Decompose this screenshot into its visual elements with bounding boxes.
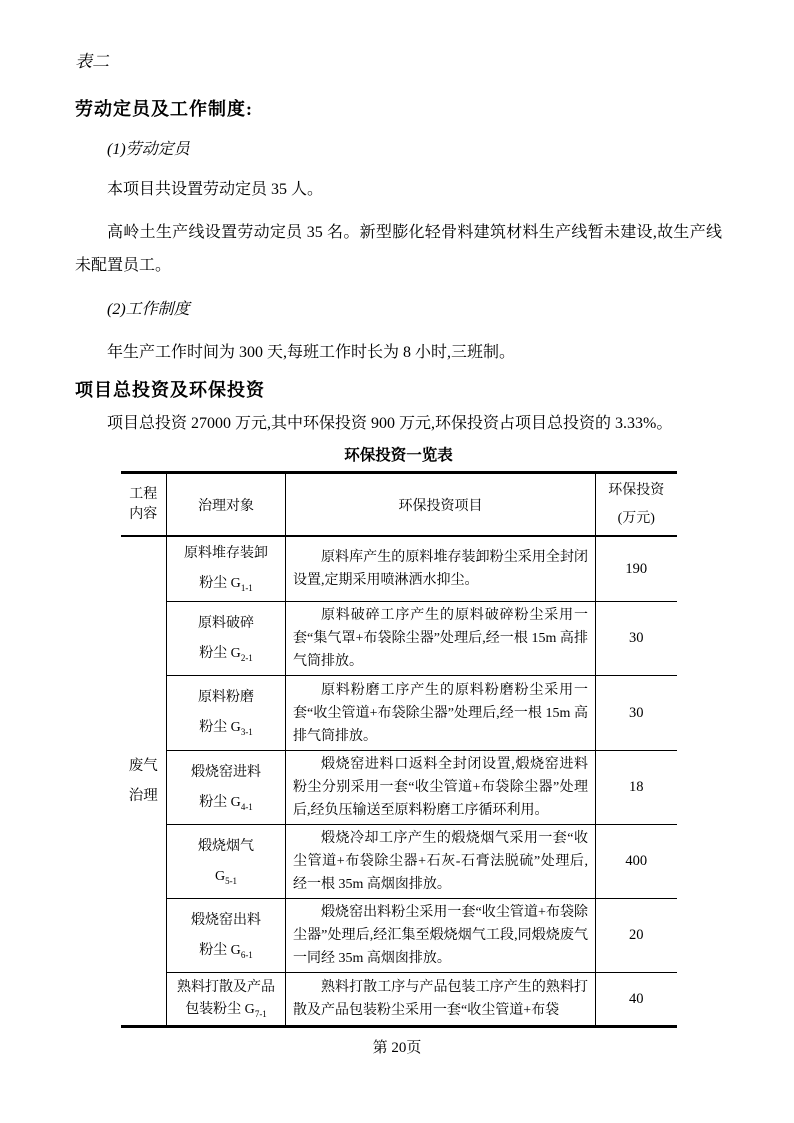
table-row-1: 废气 治理 原料堆存装卸 粉尘 G1-1 原料库产生的原料堆存装卸粉尘采用全封闭… [121,536,677,602]
target-line-2: 粉尘 G [199,576,241,591]
measure-desc: 原料破碎工序产生的原料破碎粉尘采用一套“集气罩+布袋除尘器”处理后,经一根 15… [286,602,595,675]
target-subscript: 2-1 [241,652,253,662]
target-subscript: 1-1 [241,583,253,593]
target-subscript: 6-1 [241,949,253,959]
amount-cell: 40 [596,973,677,1027]
measure-desc: 煅烧窑出料粉尘采用一套“收尘管道+布袋除尘器”处理后,经汇集至煅烧烟气工段,同煅… [286,899,595,972]
table-title: 环保投资一览表 [75,444,722,468]
target-cell: 原料破碎 粉尘 G2-1 [167,602,286,676]
amount-cell: 190 [596,536,677,602]
target-line-1: 熟料打散及产品 [177,980,275,995]
target-cell: 煅烧窑进料 粉尘 G4-1 [167,751,286,825]
target-line-2: 粉尘 G [199,943,241,958]
amount-cell: 18 [596,751,677,825]
target-line-1: 煅烧窑出料 [191,913,261,928]
target-subscript: 4-1 [241,801,253,811]
investment-table: 工程 内容 治理对象 环保投资项目 环保投资 (万元) 废气 治理 原料堆存装卸… [121,471,677,1028]
table-row-5: 煅烧烟气 G5-1 煅烧冷却工序产生的煅烧烟气采用一套“收尘管道+布袋除尘器+石… [121,825,677,899]
measure-cell: 熟料打散工序与产品包装工序产生的熟料打散及产品包装粉尘采用一套“收尘管道+布袋 [286,973,596,1027]
table-row-6: 煅烧窑出料 粉尘 G6-1 煅烧窑出料粉尘采用一套“收尘管道+布袋除尘器”处理后… [121,899,677,973]
table-row-3: 原料粉磨 粉尘 G3-1 原料粉磨工序产生的原料粉磨粉尘采用一套“收尘管道+布袋… [121,676,677,751]
target-cell: 原料粉磨 粉尘 G3-1 [167,676,286,751]
table-row-2: 原料破碎 粉尘 G2-1 原料破碎工序产生的原料破碎粉尘采用一套“集气罩+布袋除… [121,602,677,676]
target-subscript: 3-1 [241,727,253,737]
target-line-1: 煅烧窑进料 [191,765,261,780]
target-line-2: 粉尘 G [199,646,241,661]
item-1-title: (1)劳动定员 [75,133,722,166]
table-header-row: 工程 内容 治理对象 环保投资项目 环保投资 (万元) [121,473,677,537]
para-staffing-detail: 高岭土生产线设置劳动定员 35 名。新型膨化轻骨料建筑材料生产线暂未建设,故生产… [75,216,722,282]
amount-cell: 30 [596,676,677,751]
measure-cell: 煅烧窑出料粉尘采用一套“收尘管道+布袋除尘器”处理后,经汇集至煅烧烟气工段,同煅… [286,899,596,973]
measure-cell: 原料库产生的原料堆存装卸粉尘采用全封闭设置,定期采用喷淋洒水抑尘。 [286,536,596,602]
col-header-investment-project: 环保投资项目 [286,473,596,537]
para-work-schedule: 年生产工作时间为 300 天,每班工作时长为 8 小时,三班制。 [75,336,722,369]
page-content: 表二 劳动定员及工作制度: (1)劳动定员 本项目共设置劳动定员 35 人。 高… [0,0,794,1028]
measure-desc: 煅烧冷却工序产生的煅烧烟气采用一套“收尘管道+布袋除尘器+石灰-石膏法脱硫”处理… [286,825,595,898]
target-line-2: G [215,869,225,884]
measure-cell: 煅烧窑进料口返料全封闭设置,煅烧窑进料粉尘分别采用一套“收尘管道+布袋除尘器”处… [286,751,596,825]
target-line-2: 粉尘 G [199,720,241,735]
target-line-2: 包装粉尘 G [185,1002,255,1017]
target-line-1: 煅烧烟气 [198,839,254,854]
category-cell-waste-gas: 废气 治理 [121,536,167,1027]
target-line-1: 原料破碎 [198,616,254,631]
para-investment-summary: 项目总投资 27000 万元,其中环保投资 900 万元,环保投资占项目总投资的… [75,407,722,440]
col-header-investment-amount: 环保投资 (万元) [596,473,677,537]
para-staffing-total: 本项目共设置劳动定员 35 人。 [75,173,722,206]
document-page: 表二 劳动定员及工作制度: (1)劳动定员 本项目共设置劳动定员 35 人。 高… [0,0,794,1123]
target-line-1: 原料粉磨 [198,690,254,705]
measure-desc: 原料库产生的原料堆存装卸粉尘采用全封闭设置,定期采用喷淋洒水抑尘。 [286,544,595,594]
target-subscript: 7-1 [255,1009,267,1019]
target-line-1: 原料堆存装卸 [184,546,268,561]
target-cell: 煅烧窑出料 粉尘 G6-1 [167,899,286,973]
table-row-7: 熟料打散及产品 包装粉尘 G7-1 熟料打散工序与产品包装工序产生的熟料打散及产… [121,973,677,1027]
table-row-4: 煅烧窑进料 粉尘 G4-1 煅烧窑进料口返料全封闭设置,煅烧窑进料粉尘分别采用一… [121,751,677,825]
measure-cell: 原料破碎工序产生的原料破碎粉尘采用一套“集气罩+布袋除尘器”处理后,经一根 15… [286,602,596,676]
measure-cell: 原料粉磨工序产生的原料粉磨粉尘采用一套“收尘管道+布袋除尘器”处理后,经一根 1… [286,676,596,751]
measure-cell: 煅烧冷却工序产生的煅烧烟气采用一套“收尘管道+布袋除尘器+石灰-石膏法脱硫”处理… [286,825,596,899]
doc-label: 表二 [75,50,722,74]
amount-cell: 400 [596,825,677,899]
amount-cell: 30 [596,602,677,676]
measure-desc: 原料粉磨工序产生的原料粉磨粉尘采用一套“收尘管道+布袋除尘器”处理后,经一根 1… [286,677,595,750]
section-heading-labor: 劳动定员及工作制度: [75,94,722,124]
col-header-treatment-target: 治理对象 [167,473,286,537]
measure-desc: 煅烧窑进料口返料全封闭设置,煅烧窑进料粉尘分别采用一套“收尘管道+布袋除尘器”处… [286,751,595,824]
target-cell: 煅烧烟气 G5-1 [167,825,286,899]
target-line-2: 粉尘 G [199,795,241,810]
page-number: 第 20页 [0,1036,794,1057]
target-cell: 原料堆存装卸 粉尘 G1-1 [167,536,286,602]
item-2-title: (2)工作制度 [75,293,722,326]
measure-desc: 熟料打散工序与产品包装工序产生的熟料打散及产品包装粉尘采用一套“收尘管道+布袋 [286,974,595,1024]
target-cell: 熟料打散及产品 包装粉尘 G7-1 [167,973,286,1027]
amount-cell: 20 [596,899,677,973]
col-header-project-content: 工程 内容 [121,473,167,537]
section-heading-investment: 项目总投资及环保投资 [75,375,722,405]
target-subscript: 5-1 [225,875,237,885]
